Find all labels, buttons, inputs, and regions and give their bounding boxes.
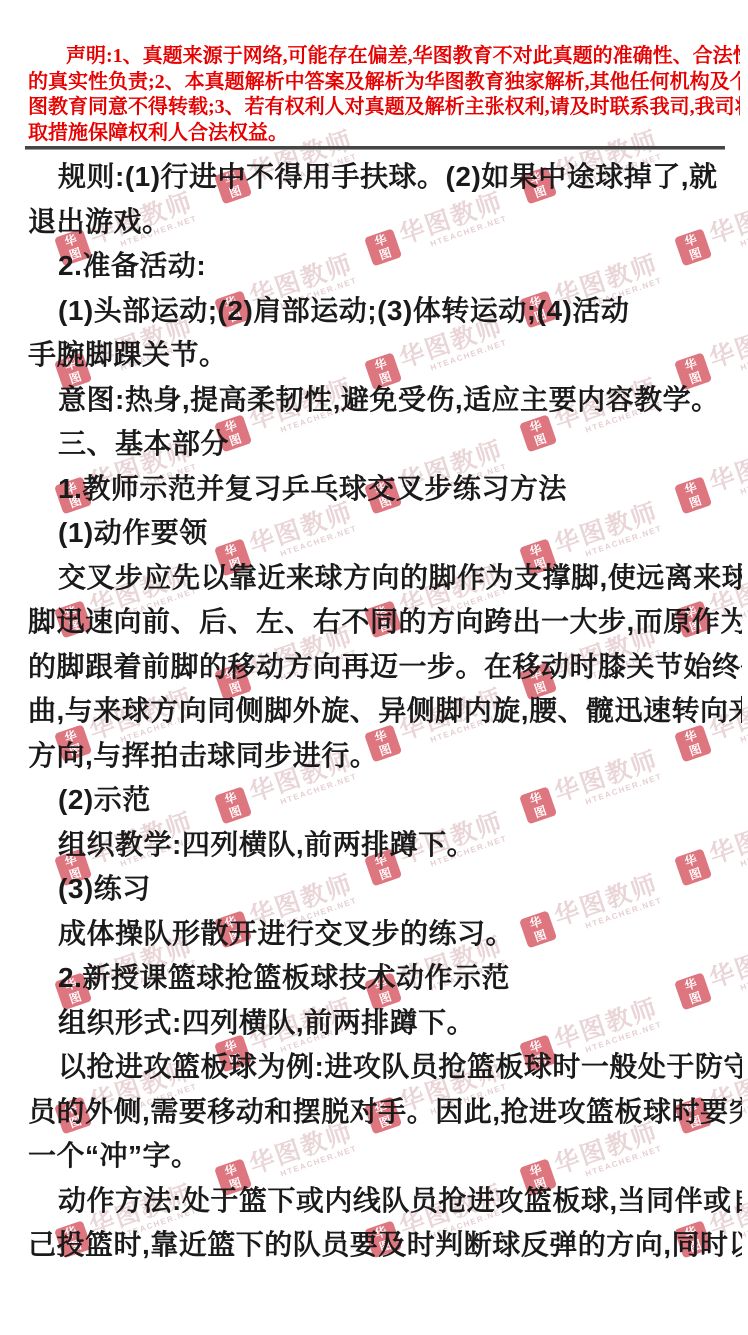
document-body: 规则:(1)行进中不得用手扶球。(2)如果中途球掉了,就退出游戏。2.准备活动:… — [28, 155, 742, 1268]
body-line: 手腕脚踝关节。 — [28, 333, 742, 378]
disclaimer-block: 声明:1、真题来源于网络,可能存在偏差,华图教育不对此真题的准确性、合法性以及内… — [28, 44, 740, 146]
body-line: 2.新授课篮球抢篮板球技术动作示范 — [28, 956, 742, 1001]
body-line: (1)动作要领 — [28, 511, 742, 556]
header-divider-rule — [25, 146, 725, 150]
body-line: (1)头部运动;(2)肩部运动;(3)体转运动;(4)活动 — [28, 289, 742, 334]
document-page: 声明:1、真题来源于网络,可能存在偏差,华图教育不对此真题的准确性、合法性以及内… — [0, 0, 748, 1335]
disclaimer-line: 图教育同意不得转载;3、若有权利人对真题及解析主张权利,请及时联系我司,我司将依… — [28, 95, 740, 121]
body-line: 方向,与挥拍击球同步进行。 — [28, 734, 742, 779]
body-line: (3)练习 — [28, 867, 742, 912]
body-line: 员的外侧,需要移动和摆脱对手。因此,抢进攻篮板球时要突出 — [28, 1090, 742, 1135]
body-line: 脚迅速向前、后、左、右不同的方向跨出一大步,而原作为支撑 — [28, 600, 742, 645]
body-line: 规则:(1)行进中不得用手扶球。(2)如果中途球掉了,就 — [28, 155, 742, 200]
disclaimer-line: 声明:1、真题来源于网络,可能存在偏差,华图教育不对此真题的准确性、合法性以及内… — [28, 44, 740, 70]
body-line: 己投篮时,靠近篮下的队员要及时判断球反弹的方向,同时以假 — [28, 1223, 742, 1268]
body-line: 动作方法:处于篮下或内线队员抢进攻篮板球,当同伴或自 — [28, 1179, 742, 1224]
body-line: 曲,与来球方向同侧脚外旋、异侧脚内旋,腰、髋迅速转向来球 — [28, 689, 742, 734]
body-line: 一个“冲”字。 — [28, 1134, 742, 1179]
disclaimer-line: 取措施保障权利人合法权益。 — [28, 121, 740, 147]
body-line: 1.教师示范并复习乒乓球交叉步练习方法 — [28, 467, 742, 512]
body-line: (2)示范 — [28, 778, 742, 823]
body-line: 的脚跟着前脚的移动方向再迈一步。在移动时膝关节始终保持弯 — [28, 645, 742, 690]
body-line: 组织形式:四列横队,前两排蹲下。 — [28, 1001, 742, 1046]
body-line: 2.准备活动: — [28, 244, 742, 289]
body-line: 以抢进攻篮板球为例:进攻队员抢篮板球时一般处于防守队 — [28, 1045, 742, 1090]
body-line: 组织教学:四列横队,前两排蹲下。 — [28, 823, 742, 868]
body-line: 退出游戏。 — [28, 200, 742, 245]
body-line: 交叉步应先以靠近来球方向的脚作为支撑脚,使远离来球的 — [28, 556, 742, 601]
body-line: 三、基本部分 — [28, 422, 742, 467]
disclaimer-line: 的真实性负责;2、本真题解析中答案及解析为华图教育独家解析,其他任何机构及个人未… — [28, 70, 740, 96]
body-line: 成体操队形散开进行交叉步的练习。 — [28, 912, 742, 957]
body-line: 意图:热身,提高柔韧性,避免受伤,适应主要内容教学。 — [28, 378, 742, 423]
